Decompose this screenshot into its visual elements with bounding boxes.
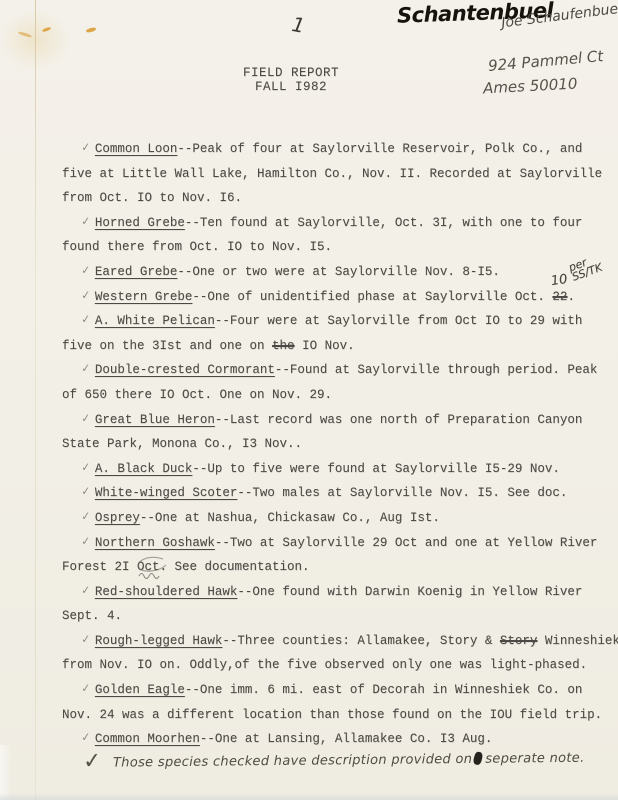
report-line: five at Little Wall Lake, Hamilton Co., …: [62, 162, 614, 187]
entry-text: Winneshiek: [537, 634, 618, 648]
report-line: ✓A. Black Duck--Up to five were found at…: [62, 457, 614, 482]
species-name: Red-shouldered Hawk: [95, 585, 238, 599]
report-title-line2: FALL I982: [243, 81, 339, 95]
report-line: ✓Common Loon--Peak of four at Saylorvill…: [62, 137, 614, 162]
entry-text: Nov. 24 was a different location than th…: [62, 708, 602, 722]
checkmark-icon: ✓: [81, 505, 91, 530]
species-name: White-winged Scoter: [95, 486, 238, 500]
report-line: Forest 2I Oct. See documentation.: [62, 555, 614, 580]
scan-edge-artifact: [0, 745, 12, 800]
entry-text: --Peak of four at Saylorville Reservoir,…: [177, 142, 582, 156]
entry-text: --One found with Darwin Koenig in Yellow…: [237, 585, 582, 599]
report-line: from Nov. IO on. Oddly,of the five obser…: [62, 653, 614, 678]
species-name: Osprey: [95, 511, 140, 525]
checkmark-icon: ✓: [81, 283, 91, 308]
report-line: ✓Horned Grebe--Ten found at Saylorville,…: [62, 211, 614, 236]
report-line: Nov. 24 was a different location than th…: [62, 703, 614, 728]
species-name: A. Black Duck: [95, 462, 193, 476]
entry-text: See documentation.: [167, 560, 310, 574]
entry-text: --Last record was one north of Preparati…: [215, 413, 583, 427]
report-line: of 650 there IO Oct. One on Nov. 29.: [62, 383, 614, 408]
entry-text: --Two males at Saylorville Nov. I5. See …: [237, 486, 567, 500]
checkmark-icon: ✓: [81, 677, 91, 702]
report-body: ✓Common Loon--Peak of four at Saylorvill…: [62, 137, 614, 752]
handwritten-correction: 10: [550, 268, 570, 295]
report-line: found there from Oct. IO to Nov. I5.: [62, 235, 614, 260]
handwritten-address-line1: 924 Pammel Ct: [487, 47, 604, 75]
entry-text: from Nov. IO on. Oddly,of the five obser…: [62, 658, 587, 672]
species-name: Western Grebe: [95, 290, 193, 304]
entry-text: --One or two were at Saylorville Nov. 8-…: [177, 265, 500, 279]
entry-text: from Oct. IO to Nov. I6.: [62, 191, 242, 205]
paper-fold-line: [35, 0, 36, 800]
entry-text: Forest 2I: [62, 560, 137, 574]
report-line: ✓A. White Pelican--Four were at Saylorvi…: [62, 309, 614, 334]
entry-text: --One of unidentified phase at Saylorvil…: [192, 290, 552, 304]
scan-edge-artifact: [0, 793, 618, 800]
entry-text: --Four were at Saylorville from Oct IO t…: [215, 314, 583, 328]
species-name: Great Blue Heron: [95, 413, 215, 427]
struck-text: the: [272, 339, 295, 353]
report-line: ✓Eared Grebe--One or two were at Saylorv…: [62, 260, 614, 285]
page-number: 1: [290, 12, 307, 38]
species-name: Golden Eagle: [95, 683, 185, 697]
checkmark-icon: ✓: [81, 726, 91, 751]
report-line: from Oct. IO to Nov. I6.: [62, 186, 614, 211]
footer-note-text: Those species checked have description p…: [113, 752, 472, 771]
report-line: State Park, Monona Co., I3 Nov..: [62, 432, 614, 457]
entry-text: --Ten found at Saylorville, Oct. 3I, wit…: [185, 216, 583, 230]
entry-text: Sept. 4.: [62, 609, 122, 623]
checkmark-icon: ✓: [81, 259, 91, 284]
document-page: 1 Schantenbuel Joe Schaufenbuel 924 Pamm…: [0, 0, 618, 800]
entry-text: found there from Oct. IO to Nov. I5.: [62, 240, 332, 254]
footer-handwritten-note: Those species checked have description p…: [113, 750, 618, 770]
report-line: five on the 3Ist and one on the IO Nov.: [62, 334, 614, 359]
entry-text: --One at Lansing, Allamakee Co. I3 Aug.: [200, 732, 493, 746]
report-line: ✓Rough-legged Hawk--Three counties: Alla…: [62, 629, 614, 654]
report-line: ✓Osprey--One at Nashua, Chickasaw Co., A…: [62, 506, 614, 531]
species-name: A. White Pelican: [95, 314, 215, 328]
footer-note-text: seperate note.: [485, 751, 584, 767]
report-line: ✓Golden Eagle--One imm. 6 mi. east of De…: [62, 678, 614, 703]
species-name: Eared Grebe: [95, 265, 178, 279]
entry-text: State Park, Monona Co., I3 Nov..: [62, 437, 302, 451]
checkmark-icon: ✓: [81, 209, 91, 234]
paper-smudge: [0, 10, 70, 70]
entry-text: of 650 there IO Oct. One on Nov. 29.: [62, 388, 332, 402]
entry-text: --Found at Saylorville through period. P…: [275, 363, 598, 377]
checkmark-icon: ✓: [81, 529, 91, 554]
report-line: ✓Common Moorhen--One at Lansing, Allamak…: [62, 727, 614, 752]
species-name: Double-crested Cormorant: [95, 363, 275, 377]
checkmark-icon: ✓: [81, 406, 91, 431]
report-line: ✓Northern Goshawk--Two at Saylorville 29…: [62, 531, 614, 556]
report-title: FIELD REPORT FALL I982: [243, 67, 339, 94]
handwritten-address-line2: Ames 50010: [483, 75, 578, 98]
report-line: ✓Western Grebe--One of unidentified phas…: [62, 285, 614, 310]
ink-blot: [473, 751, 484, 766]
checkmark-icon: ✓: [81, 357, 91, 382]
entry-text: Oct.: [137, 560, 167, 574]
entry-text: --One at Nashua, Chickasaw Co., Aug Ist.: [140, 511, 440, 525]
entry-text: five on the 3Ist and one on: [62, 339, 272, 353]
entry-text: --One imm. 6 mi. east of Decorah in Winn…: [185, 683, 583, 697]
checkmark-icon: ✓: [81, 455, 91, 480]
corrected-date: 2210perSS/TK: [552, 285, 567, 310]
struck-text: Story: [500, 634, 538, 648]
checkmark-icon: ✓: [81, 628, 91, 653]
annotated-date: Oct.: [137, 555, 167, 580]
report-line: ✓White-winged Scoter--Two males at Saylo…: [62, 481, 614, 506]
species-name: Common Loon: [95, 142, 178, 156]
paper-stain: [86, 27, 97, 33]
checkmark-icon: ✓: [81, 308, 91, 333]
species-name: Common Moorhen: [95, 732, 200, 746]
species-name: Rough-legged Hawk: [95, 634, 223, 648]
checkmark-icon: ✓: [81, 136, 91, 161]
checkmark-icon: ✓: [81, 578, 91, 603]
species-name: Horned Grebe: [95, 216, 185, 230]
report-line: ✓Red-shouldered Hawk--One found with Dar…: [62, 580, 614, 605]
report-line: ✓Great Blue Heron--Last record was one n…: [62, 408, 614, 433]
checkmark-icon: ✓: [81, 480, 91, 505]
footer-checkmark-icon: ✓: [82, 748, 102, 774]
species-name: Northern Goshawk: [95, 536, 215, 550]
entry-text: --Up to five were found at Saylorville I…: [192, 462, 560, 476]
report-line: ✓Double-crested Cormorant--Found at Sayl…: [62, 358, 614, 383]
entry-text: --Two at Saylorville 29 Oct and one at Y…: [215, 536, 598, 550]
entry-text: five at Little Wall Lake, Hamilton Co., …: [62, 167, 602, 181]
entry-text: IO Nov.: [295, 339, 355, 353]
report-line: Sept. 4.: [62, 604, 614, 629]
report-title-line1: FIELD REPORT: [243, 67, 339, 81]
entry-text: --Three counties: Allamakee, Story &: [222, 634, 500, 648]
